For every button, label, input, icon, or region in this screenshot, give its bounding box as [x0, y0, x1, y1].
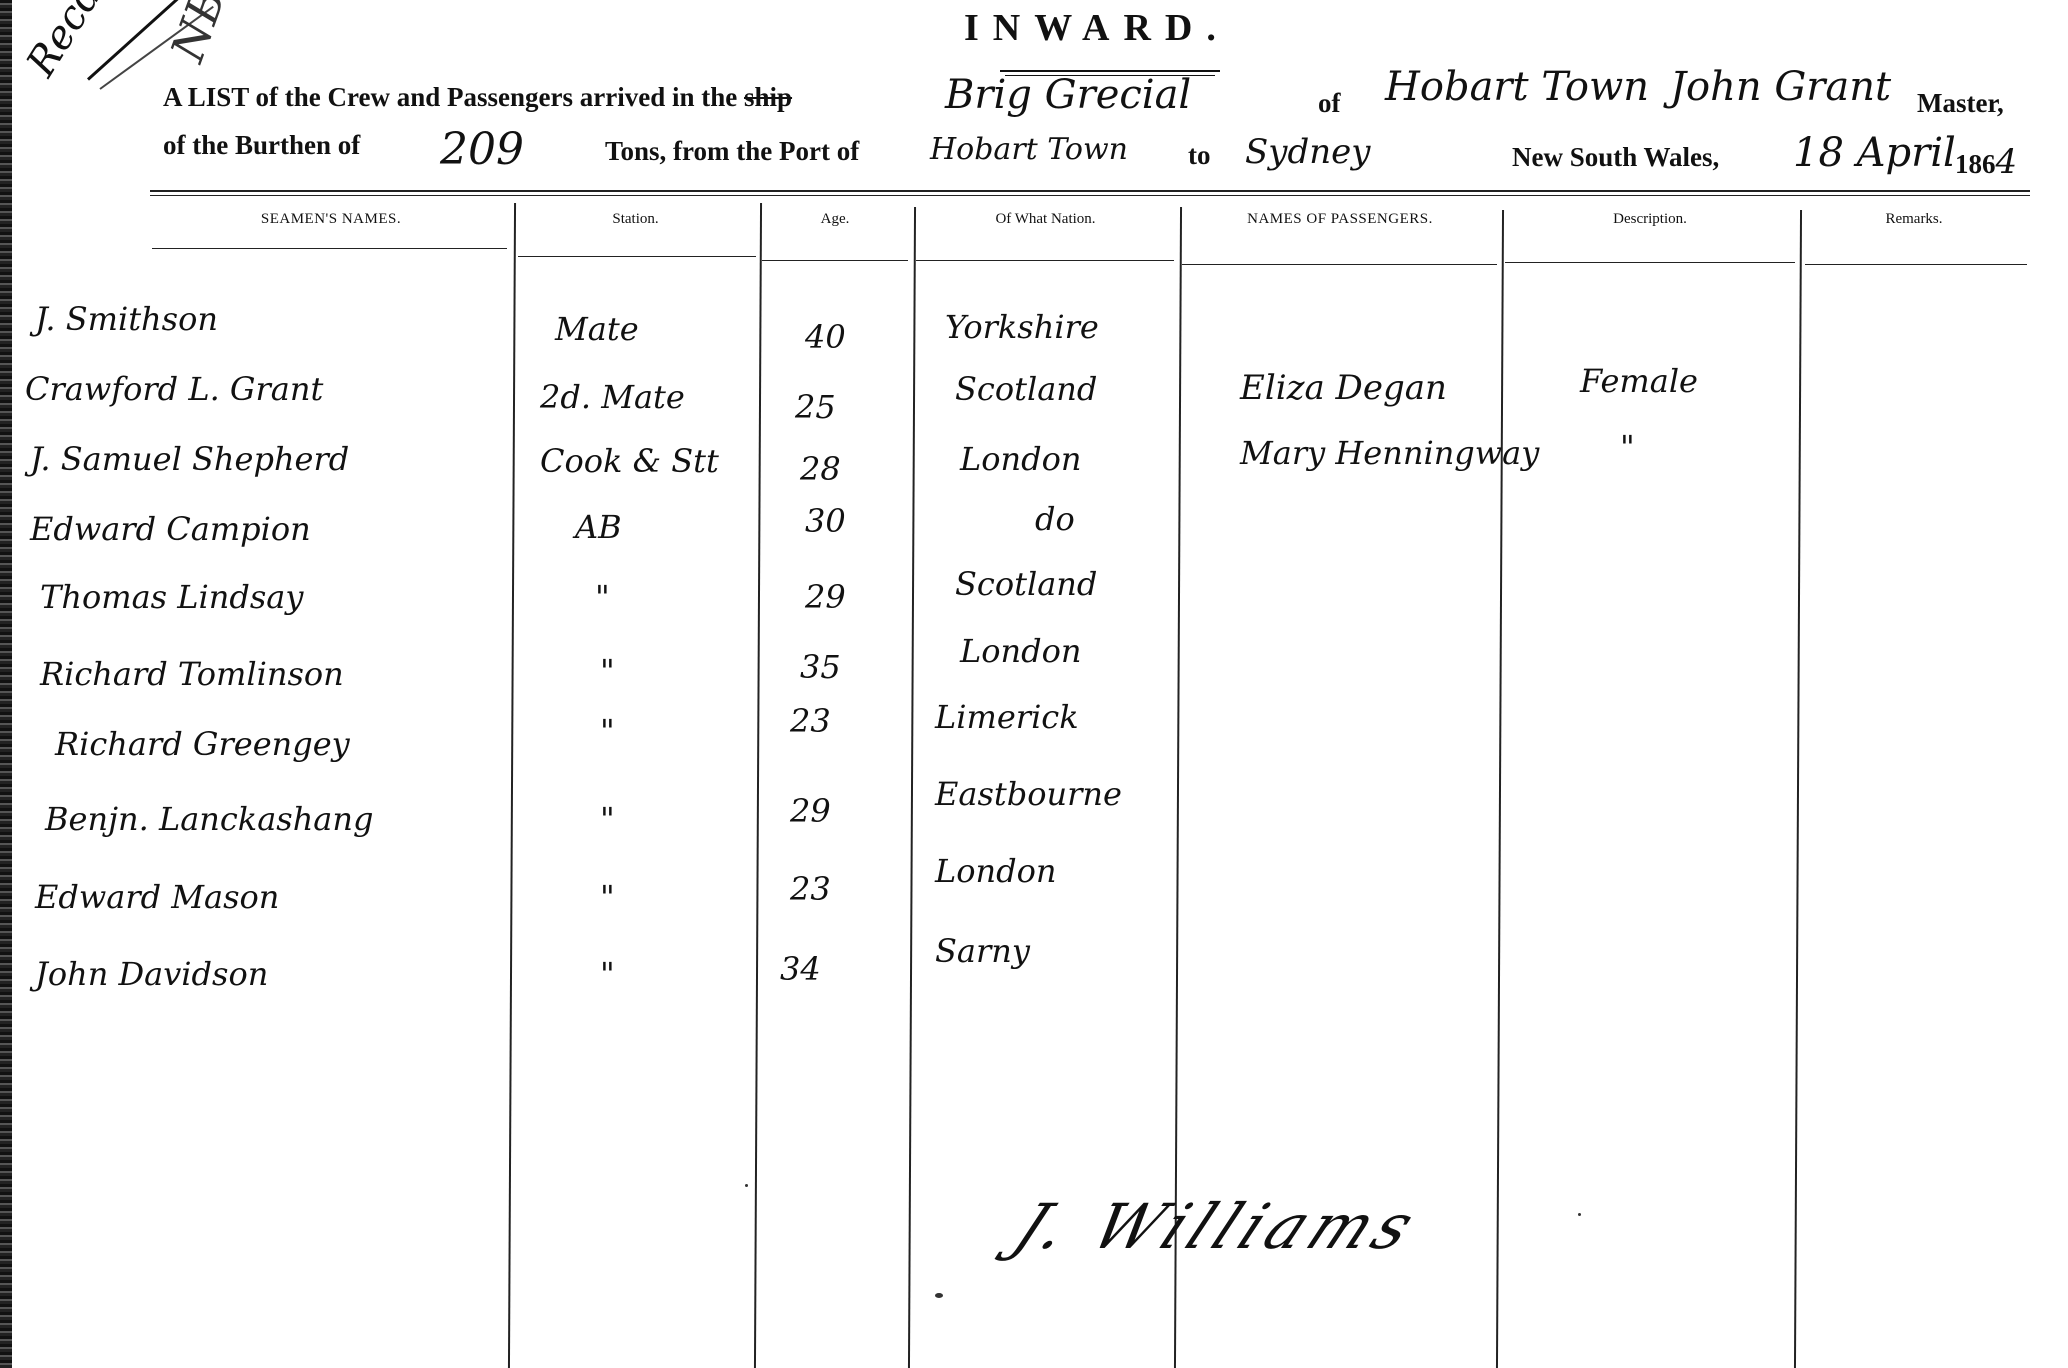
- colony-label: New South Wales,: [1512, 142, 1719, 173]
- master-label: Master,: [1917, 88, 2004, 119]
- scan-speck: [1578, 1213, 1581, 1216]
- header-underline: [152, 248, 507, 249]
- burthen-label: of the Burthen of: [163, 130, 360, 161]
- seaman-name: J. Samuel Shepherd: [30, 440, 349, 478]
- column-divider: [754, 203, 762, 1368]
- column-header-nation: Of What Nation.: [913, 211, 1178, 228]
- table-top-rule: [150, 190, 2030, 192]
- nation: London: [960, 440, 1081, 478]
- header-underline: [1805, 264, 2027, 265]
- age: 34: [780, 950, 821, 988]
- age: 30: [805, 502, 846, 540]
- station: Cook & Stt: [540, 442, 719, 480]
- nation: Scotland: [955, 370, 1097, 408]
- passenger-name: Mary Henningway: [1240, 434, 1539, 472]
- column-header-remarks: Remarks.: [1800, 211, 2028, 228]
- of-label: of: [1318, 88, 1341, 119]
- age: 35: [800, 648, 841, 686]
- header-underline: [1182, 264, 1497, 265]
- age: 29: [805, 578, 846, 616]
- station: ": [600, 800, 615, 838]
- home-port: Hobart Town: [1385, 64, 1649, 110]
- header-underline: [916, 260, 1174, 261]
- station: ": [595, 578, 610, 616]
- burthen-value: 209: [440, 124, 524, 175]
- passenger-name: Eliza Degan: [1240, 368, 1447, 408]
- column-header-passengers: NAMES OF PASSENGERS.: [1180, 211, 1500, 228]
- age: 23: [790, 702, 831, 740]
- header-prefix: A LIST of the Crew and Passengers arrive…: [163, 82, 737, 112]
- seaman-name: Edward Campion: [30, 510, 311, 548]
- passenger-description: ": [1620, 428, 1635, 466]
- station: ": [600, 652, 615, 690]
- year: 1864: [1955, 142, 2017, 182]
- nation: do: [1035, 500, 1075, 538]
- master-name: John Grant: [1670, 64, 1891, 110]
- nation: Yorkshire: [945, 308, 1099, 346]
- header-line-1: A LIST of the Crew and Passengers arrive…: [163, 82, 792, 113]
- column-header-description: Description.: [1502, 211, 1798, 228]
- table-top-rule: [150, 195, 2030, 196]
- station: AB: [575, 508, 622, 546]
- seaman-name: John Davidson: [35, 955, 268, 993]
- tons-label: Tons, from the Port of: [605, 136, 859, 167]
- scan-speck: [745, 1184, 748, 1187]
- station: ": [600, 712, 615, 750]
- column-divider: [1496, 210, 1504, 1368]
- column-divider: [1794, 210, 1802, 1368]
- age: 29: [790, 792, 831, 830]
- nation: Scotland: [955, 565, 1097, 603]
- margin-initials: NB: [160, 0, 236, 68]
- header-underline: [762, 260, 908, 261]
- from-port: Hobart Town: [930, 132, 1128, 167]
- header-underline: [518, 256, 756, 257]
- seaman-name: Crawford L. Grant: [25, 370, 323, 408]
- seaman-name: J. Smithson: [35, 300, 218, 338]
- page-title: INWARD.: [964, 6, 1230, 50]
- nation: Sarny: [935, 932, 1030, 970]
- officer-signature: J. Williams: [1003, 1190, 1432, 1263]
- nation: London: [960, 632, 1081, 670]
- column-divider: [508, 203, 516, 1368]
- arrival-date: 18 April: [1793, 130, 1956, 176]
- age: 23: [790, 870, 831, 908]
- seaman-name: Richard Greengey: [55, 725, 350, 763]
- station: Mate: [555, 310, 639, 348]
- seaman-name: Benjn. Lanckashang: [45, 800, 373, 838]
- column-header-age: Age.: [759, 211, 911, 228]
- scan-speck: [935, 1293, 943, 1298]
- seaman-name: Richard Tomlinson: [40, 655, 344, 693]
- header-underline: [1505, 262, 1795, 263]
- station: ": [600, 955, 615, 993]
- nation: Eastbourne: [935, 775, 1122, 813]
- seaman-name: Thomas Lindsay: [40, 578, 303, 616]
- column-header-seamen: SEAMEN'S NAMES.: [150, 211, 512, 228]
- station: 2d. Mate: [540, 378, 685, 416]
- to-port: Sydney: [1245, 132, 1371, 172]
- to-label: to: [1188, 140, 1211, 171]
- column-divider: [908, 207, 916, 1368]
- age: 28: [800, 450, 841, 488]
- scan-edge: [0, 0, 12, 1368]
- vessel-name: Brig Grecial: [945, 72, 1191, 118]
- passenger-description: Female: [1580, 362, 1698, 400]
- struck-word: ship: [744, 82, 792, 112]
- nation: Limerick: [935, 698, 1079, 736]
- station: ": [600, 878, 615, 916]
- age: 25: [795, 388, 836, 426]
- age: 40: [805, 318, 846, 356]
- seaman-name: Edward Mason: [35, 878, 279, 916]
- nation: London: [935, 852, 1056, 890]
- column-header-station: Station.: [514, 211, 757, 228]
